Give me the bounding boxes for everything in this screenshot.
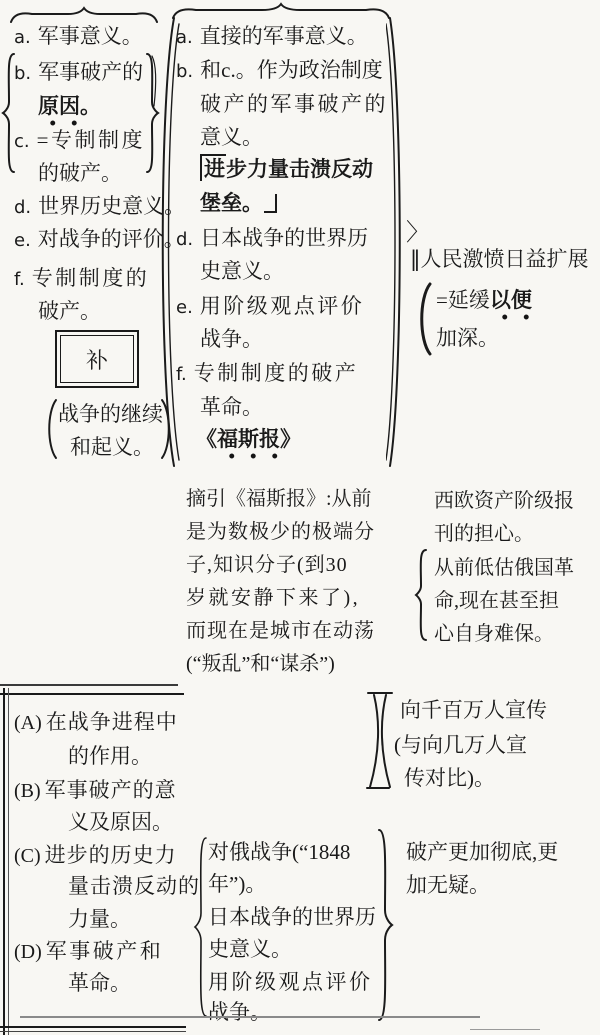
note-line: 战争的继续 <box>58 402 163 427</box>
item-label: a. <box>176 25 193 50</box>
boxed-phrase-line2: 堡垒。 <box>200 191 277 216</box>
bottom-rule-dark-2 <box>0 1031 186 1032</box>
summary-item-D: (D)军事破产和 <box>14 939 163 965</box>
item-text: 进步的历史力 <box>45 843 177 867</box>
box-corner-close <box>264 194 277 213</box>
item-label: (C) <box>14 844 41 869</box>
section-rule-top-1 <box>0 684 178 686</box>
quote-margin-line: 心自身难保。 <box>434 622 554 647</box>
hourglass-mark-icon <box>364 690 396 792</box>
item-text: 。 <box>80 94 101 118</box>
left-margin-line-1 <box>3 688 5 1035</box>
item-label: f. <box>14 267 25 292</box>
item-text: 革命。 <box>68 971 131 995</box>
quote-line: (“叛乱”和“谋杀”) <box>186 652 335 677</box>
outline2-item-a: a.直接的军事意义。 <box>176 24 368 50</box>
item-text: 步力量击溃反动 <box>226 157 373 181</box>
item-text: 战争。 <box>200 327 263 351</box>
summary-item-A-cont: 的作用。 <box>68 744 152 769</box>
recap-text: 史意义。 <box>208 937 292 961</box>
quote-line: 摘引《福斯报》:从前 <box>186 487 372 512</box>
outline2-item-b-cont: 意义。 <box>200 125 263 150</box>
outline2-item-e-cont: 战争。 <box>200 327 263 352</box>
quote-text: 岁就安静下来了), <box>186 587 360 609</box>
item-text: 用阶级观点评价 <box>200 294 365 318</box>
item-label: d. <box>176 227 193 252</box>
quote-text: 摘引《福斯报》:从前 <box>186 488 372 510</box>
note-text: =延缓 <box>436 288 490 312</box>
outline-item-f-cont: 破产。 <box>38 299 101 324</box>
left-brace-bc-group <box>0 52 18 174</box>
note-text: 人民激愤日益扩展 <box>421 247 589 271</box>
item-text: 堡垒。 <box>200 191 263 215</box>
item-text: 的作用。 <box>68 744 152 768</box>
supplement-box: 补 <box>55 330 139 388</box>
outline-item-a: a.军事意义。 <box>14 24 143 50</box>
left-margin-line-2 <box>8 688 9 1035</box>
item-label: e. <box>176 295 193 320</box>
item-label: a. <box>14 25 31 50</box>
item-text: 和c.。作为政治制度 <box>200 58 383 82</box>
outline2-item-f-cont: 革命。 <box>200 395 263 420</box>
quote-text: 而现在是城市在动荡 <box>186 620 375 642</box>
margin-note-3: 加深。 <box>436 326 499 351</box>
recap-line: 年”)。 <box>208 872 266 897</box>
item-label: (A) <box>14 711 42 736</box>
quote-text: 是为数极少的极端分 <box>186 521 375 543</box>
source-title: 《福斯报》 <box>196 427 301 452</box>
emphasized-text: 福斯报 <box>217 427 280 452</box>
item-label: f. <box>176 362 187 387</box>
note-text: 加深。 <box>436 326 499 350</box>
recap-line: 对俄战争(“1848 <box>208 840 350 865</box>
quote-margin-brace <box>413 548 429 642</box>
margin-note-propaganda: 传对比)。 <box>404 766 495 791</box>
recap-text: 日本战争的世界历 <box>208 905 376 929</box>
margin-note-open-paren <box>416 282 432 356</box>
item-text: 军事意义。 <box>38 24 143 48</box>
quote-line: 而现在是城市在动荡 <box>186 619 375 644</box>
summary-item-B: (B)军事破产的意 <box>14 778 177 804</box>
outline-item-c: c.=专制制度 <box>14 128 145 154</box>
boxed-phrase-line1: 进步力量击溃反动 <box>200 157 373 182</box>
outline-item-b: b.军事破产的 <box>14 60 143 86</box>
angle-mark-glyph: 〉 <box>406 218 430 246</box>
emphasized-text: 原因 <box>38 94 80 119</box>
margin-note-2: =延缓以便 <box>436 288 532 313</box>
note-line: 和起义。 <box>70 435 154 460</box>
item-text: 义及原因。 <box>68 810 173 834</box>
recap-text: 战争。 <box>208 1000 271 1024</box>
summary-item-D-cont: 革命。 <box>68 971 131 996</box>
item-text: 专制制度的破产 <box>194 361 359 385</box>
item-text: 革命。 <box>200 395 263 419</box>
note-text: 传对比)。 <box>404 766 495 790</box>
note-text: 破产更加彻底,更 <box>406 840 558 864</box>
note-text: 和起义。 <box>70 435 154 459</box>
note-text: 战争的继续 <box>58 402 163 426</box>
item-text: 破产的军事破产的 <box>200 92 388 116</box>
overbrace-middle-column <box>170 2 392 20</box>
note-text: 向千百万人宣传 <box>400 698 547 722</box>
outline2-item-b-cont: 破产的军事破产的 <box>200 92 388 117</box>
margin-note-bankruptcy: 加无疑。 <box>406 873 490 898</box>
quote-line: 子,知识分子(到30 <box>186 553 348 578</box>
item-text: 日本战争的世界历 <box>200 226 368 250</box>
overbrace-left-column <box>8 6 160 24</box>
summary-item-C: (C)进步的历史力 <box>14 843 177 869</box>
item-text: 军事破产的意 <box>45 778 177 802</box>
item-text: 军事破产的 <box>38 60 143 84</box>
bottom-mid-right-brace <box>374 828 396 1022</box>
outline2-item-f: f.专制制度的破产 <box>176 361 358 387</box>
recap-line: 用阶级观点评价 <box>208 970 373 995</box>
item-text: 在战争进程中 <box>46 710 178 734</box>
quote-text: (“叛乱”和“谋杀”) <box>186 653 335 675</box>
item-label: (D) <box>14 940 42 965</box>
note-open-paren <box>44 398 58 460</box>
item-text: 的破产。 <box>38 161 122 185</box>
quote-margin-line: 刊的担心。 <box>434 522 534 547</box>
quote-line: 岁就安静下来了), <box>186 586 360 611</box>
margin-note-bankruptcy: 破产更加彻底,更 <box>406 840 558 865</box>
item-label: (B) <box>14 779 41 804</box>
item-text: 专制制度的 <box>32 266 150 290</box>
note-text: 刊的担心。 <box>434 523 534 545</box>
recap-text: 对俄战争(“1848 <box>208 840 350 864</box>
summary-item-A: (A)在战争进程中 <box>14 710 178 736</box>
supplement-box-label: 补 <box>60 335 134 383</box>
scanned-notes-page: a.军事意义。 b.军事破产的 原因。 c.=专制制度 的破产。 d.世界历史意… <box>0 0 600 1035</box>
angle-mark: 〉 <box>406 220 430 245</box>
item-text: 直接的军事意义。 <box>200 24 368 48</box>
quote-margin-line: 命,现在甚至担 <box>434 589 559 614</box>
summary-item-B-cont: 义及原因。 <box>68 810 173 835</box>
outline-item-f: f.专制制度的 <box>14 266 149 292</box>
quote-text: 子,知识分子(到30 <box>186 554 348 576</box>
double-paren-right <box>386 16 408 468</box>
margin-note-propaganda: (与向几万人宣 <box>394 733 527 758</box>
outline-item-b-cont: 原因。 <box>38 94 101 119</box>
outline2-item-d: d.日本战争的世界历 <box>176 226 368 252</box>
note-text: 加无疑。 <box>406 873 490 897</box>
recap-line: 战争。 <box>208 1000 271 1025</box>
recap-line: 史意义。 <box>208 937 292 962</box>
margin-note-propaganda: 向千百万人宣传 <box>400 698 547 723</box>
emphasized-text: 以便 <box>490 288 532 313</box>
item-text: 意义。 <box>200 125 263 149</box>
quote-line: 是为数极少的极端分 <box>186 520 375 545</box>
bottom-rule-long <box>20 1016 480 1018</box>
section-rule-top-2 <box>0 693 184 695</box>
item-text: 量击溃反动的 <box>68 874 200 898</box>
item-text: 史意义。 <box>200 259 284 283</box>
note-text: 心自身难保。 <box>434 623 554 645</box>
margin-note-1: ‖人民激愤日益扩展 <box>410 247 589 272</box>
note-text: 命,现在甚至担 <box>434 590 559 612</box>
summary-item-C-cont: 量击溃反动的 <box>68 874 200 899</box>
bottom-rule-dash <box>470 1029 540 1030</box>
item-text: =专制制度 <box>37 128 145 152</box>
recap-line: 日本战争的世界历 <box>208 905 376 930</box>
recap-text: 年”)。 <box>208 872 266 896</box>
note-text: 西欧资产阶级报 <box>434 490 574 512</box>
item-label: b. <box>176 59 193 84</box>
item-label: d. <box>14 195 31 220</box>
quote-margin-line: 从前低估俄国革 <box>434 556 574 581</box>
box-corner-open: 进 <box>200 154 226 181</box>
summary-item-C-cont: 力量。 <box>68 907 131 932</box>
recap-text: 用阶级观点评价 <box>208 970 373 994</box>
item-text: 军事破产和 <box>46 939 164 963</box>
bracket-open: 《 <box>196 427 217 451</box>
outline2-item-e: e.用阶级观点评价 <box>176 294 364 320</box>
item-label: e. <box>14 228 31 253</box>
item-text: 力量。 <box>68 907 131 931</box>
outline2-item-b: b.和c.。作为政治制度 <box>176 58 383 84</box>
double-bar-mark: ‖ <box>410 247 421 271</box>
outline-item-c-cont: 的破产。 <box>38 161 122 186</box>
note-text: (与向几万人宣 <box>394 733 527 757</box>
note-text: 从前低估俄国革 <box>434 557 574 579</box>
quote-margin-line: 西欧资产阶级报 <box>434 489 574 514</box>
outline2-item-d-cont: 史意义。 <box>200 259 284 284</box>
bracket-close: 》 <box>280 427 301 451</box>
item-text: 破产。 <box>38 299 101 323</box>
bottom-rule-dark-1 <box>0 1026 186 1028</box>
